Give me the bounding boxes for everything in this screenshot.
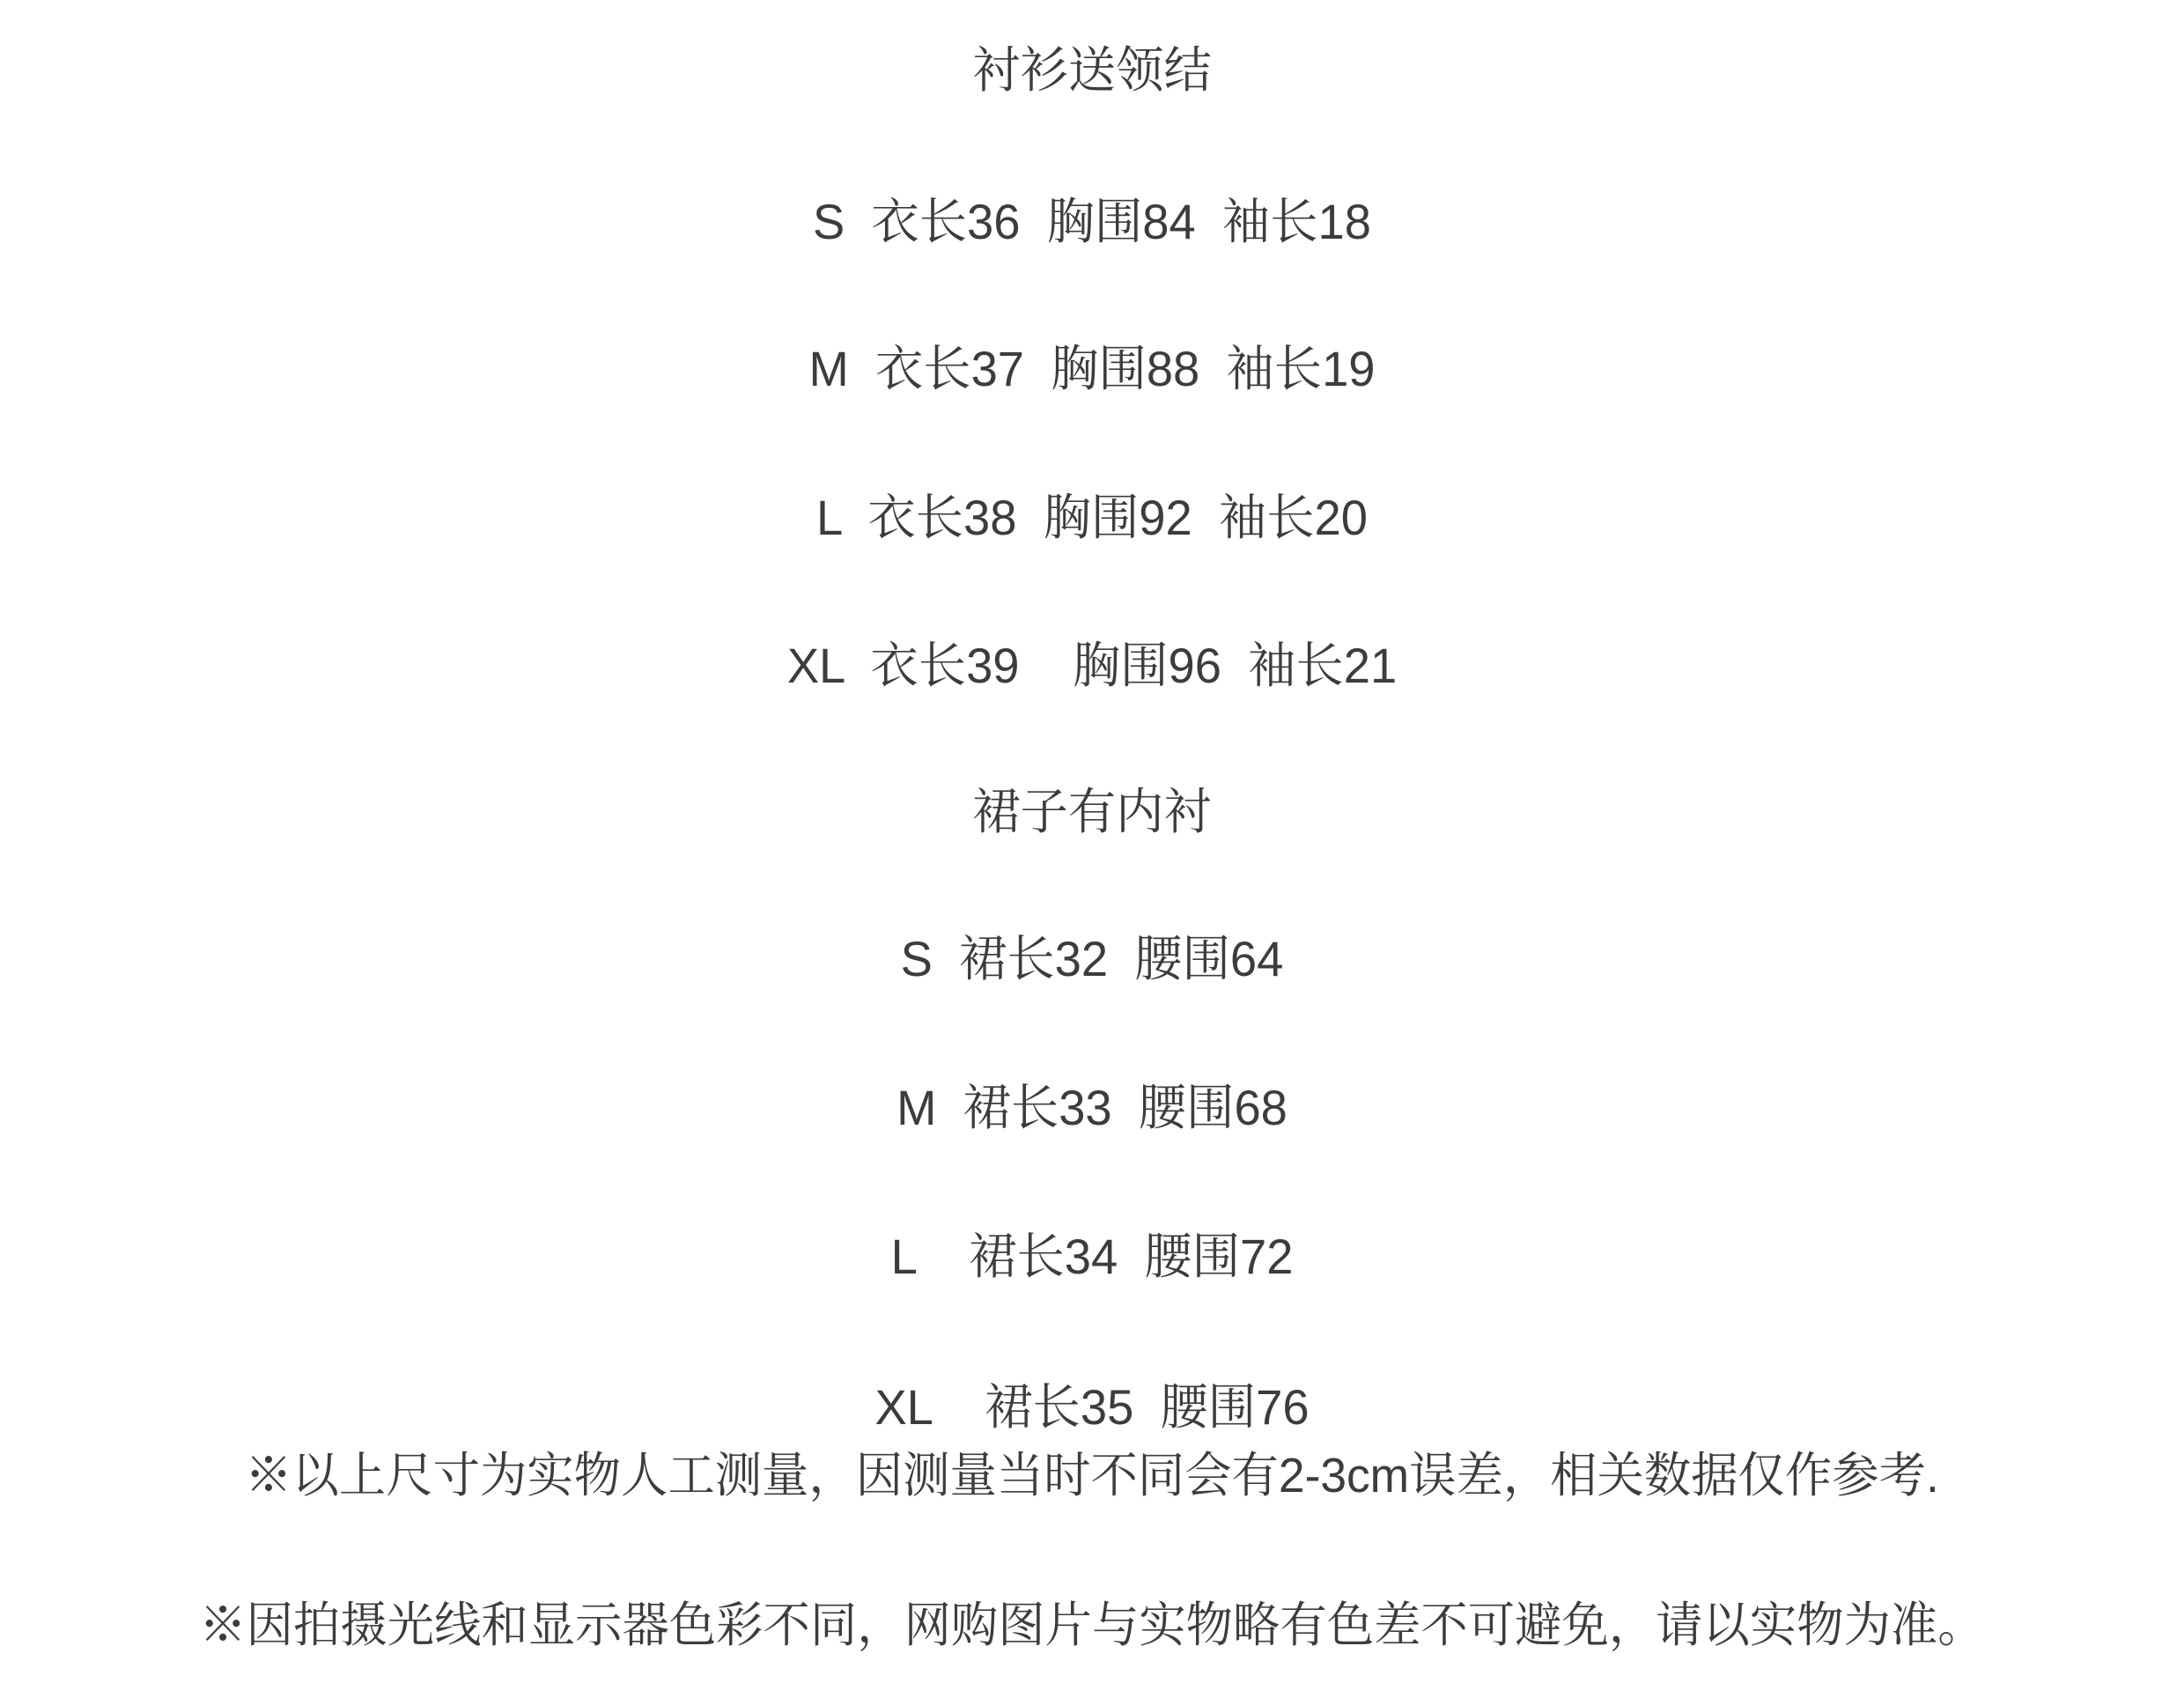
color-difference-note: ※因拍摄光线和显示器色彩不同，网购图片与实物略有色差不可避免，请以实物为准。 (33, 1600, 2151, 1650)
skirt-size-row-l: L 裙长34 腰围72 (33, 1232, 2151, 1281)
size-chart-page: 衬衫送领结 S 衣长36 胸围84 袖长18 M 衣长37 胸围88 袖长19 … (0, 0, 2184, 1698)
shirt-size-row-m: M 衣长37 胸围88 袖长19 (33, 344, 2151, 394)
shirt-size-row-l: L 衣长38 胸围92 袖长20 (33, 493, 2151, 543)
skirt-size-row-xl: XL 裙长35 腰围76 (33, 1383, 2151, 1432)
skirt-section-title: 裙子有内衬 (33, 787, 2151, 837)
measurement-tolerance-note: ※以上尺寸为实物人工测量，因测量当时不同会有2-3cm误差，相关数据仅作参考. (33, 1451, 2151, 1500)
shirt-size-row-s: S 衣长36 胸围84 袖长18 (33, 197, 2151, 247)
skirt-size-row-m: M 裙长33 腰围68 (33, 1083, 2151, 1133)
shirt-size-row-xl: XL 衣长39 胸围96 袖长21 (33, 641, 2151, 690)
shirt-section-title: 衬衫送领结 (33, 46, 2151, 95)
skirt-size-row-s: S 裙长32 腰围64 (33, 934, 2151, 984)
